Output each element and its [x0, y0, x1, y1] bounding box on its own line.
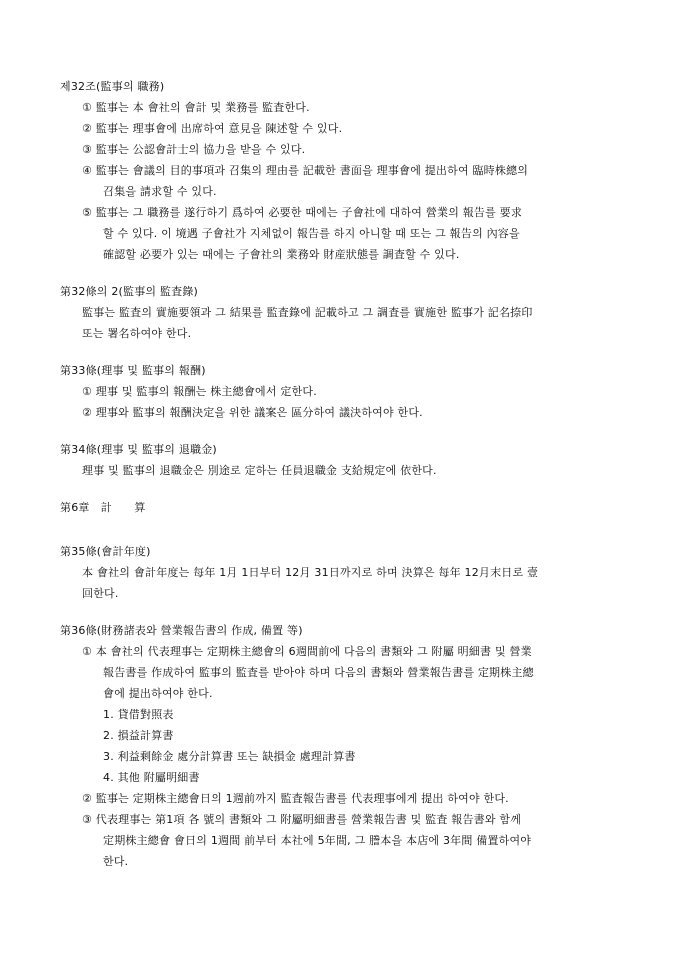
- document-page: 제32조(監事의 職務) ① 監事는 本 會社의 會計 및 業務를 監査한다. …: [0, 0, 680, 962]
- article-36-clause-3-cont-2: 한다.: [103, 855, 128, 869]
- article-36-clause-3-cont-1: 定期株主總會 會日의 1週間 前부터 本社에 5年間, 그 謄本을 本店에 3年…: [103, 834, 531, 848]
- article-36-item-4: 4. 其他 附屬明細書: [103, 771, 200, 785]
- article-32-heading: 제32조(監事의 職務): [60, 80, 164, 94]
- article-33-heading: 第33條(理事 및 監事의 報酬): [60, 364, 206, 378]
- article-36-item-1: 1. 貸借對照表: [103, 708, 174, 722]
- article-32-2-heading: 第32條의 2(監事의 監査錄): [60, 285, 198, 299]
- article-33-clause-1: ① 理事 및 監事의 報酬는 株主總會에서 定한다.: [82, 385, 317, 399]
- article-32-2-body-2: 또는 署名하여야 한다.: [82, 327, 191, 341]
- article-32-clause-5-cont-1: 할 수 있다. 이 境遇 子會社가 지체없이 報告를 하지 아니할 때 또는 그…: [103, 227, 520, 241]
- article-36-item-2: 2. 損益計算書: [103, 729, 174, 743]
- article-36-clause-3: ③ 代表理事는 第1項 各 號의 書類와 그 附屬明細書를 營業報告書 및 監査…: [82, 813, 521, 827]
- article-32-clause-4-cont: 召集을 請求할 수 있다.: [103, 185, 217, 199]
- article-32-clause-1: ① 監事는 本 會社의 會計 및 業務를 監査한다.: [82, 101, 310, 115]
- article-34-body: 理事 및 監事의 退職金은 別途로 定하는 任員退職金 支給規定에 依한다.: [82, 464, 437, 478]
- article-36-clause-1-cont-1: 報告書를 作成하여 監事의 監査를 받아야 하며 다음의 書類와 營業報告書를 …: [103, 666, 534, 680]
- article-35-body-2: 回한다.: [82, 587, 119, 601]
- chapter-6-heading: 第6章 計 算: [60, 501, 146, 515]
- article-36-heading: 第36條(財務諸表와 營業報告書의 作成, 備置 等): [60, 624, 303, 638]
- article-32-2-body-1: 監事는 監査의 實施要領과 그 結果를 監査錄에 記載하고 그 調査를 實施한 …: [82, 306, 533, 320]
- article-35-body-1: 本 會社의 會計年度는 每年 1月 1日부터 12月 31日까지로 하며 決算은…: [82, 566, 538, 580]
- article-36-clause-1: ① 本 會社의 代表理事는 定期株主總會의 6週間前에 다음의 書類와 그 附屬…: [82, 645, 532, 659]
- article-32-clause-2: ② 監事는 理事會에 出席하여 意見을 陳述할 수 있다.: [82, 122, 342, 136]
- article-36-item-3: 3. 利益剩餘金 處分計算書 또는 缺損金 處理計算書: [103, 750, 356, 764]
- article-35-heading: 第35條(會計年度): [60, 545, 151, 559]
- article-32-clause-5-cont-2: 確認할 必要가 있는 때에는 子會社의 業務와 財産狀態를 調査할 수 있다.: [103, 248, 460, 262]
- article-32-clause-4: ④ 監事는 會議의 目的事項과 召集의 理由를 記載한 書面을 理事會에 提出하…: [82, 164, 528, 178]
- article-33-clause-2: ② 理事와 監事의 報酬決定을 위한 議案은 區分하여 議決하여야 한다.: [82, 406, 423, 420]
- article-36-clause-1-cont-2: 會에 提出하여야 한다.: [103, 687, 213, 701]
- article-32-clause-3: ③ 監事는 公認會計士의 協力을 받을 수 있다.: [82, 143, 305, 157]
- article-34-heading: 第34條(理事 및 監事의 退職金): [60, 443, 217, 457]
- article-32-clause-5: ⑤ 監事는 그 職務를 遂行하기 爲하여 必要한 때에는 子會社에 대하여 營業…: [82, 206, 522, 220]
- article-36-clause-2: ② 監事는 定期株主總會日의 1週前까지 監査報告書를 代表理事에게 提出 하여…: [82, 792, 509, 806]
